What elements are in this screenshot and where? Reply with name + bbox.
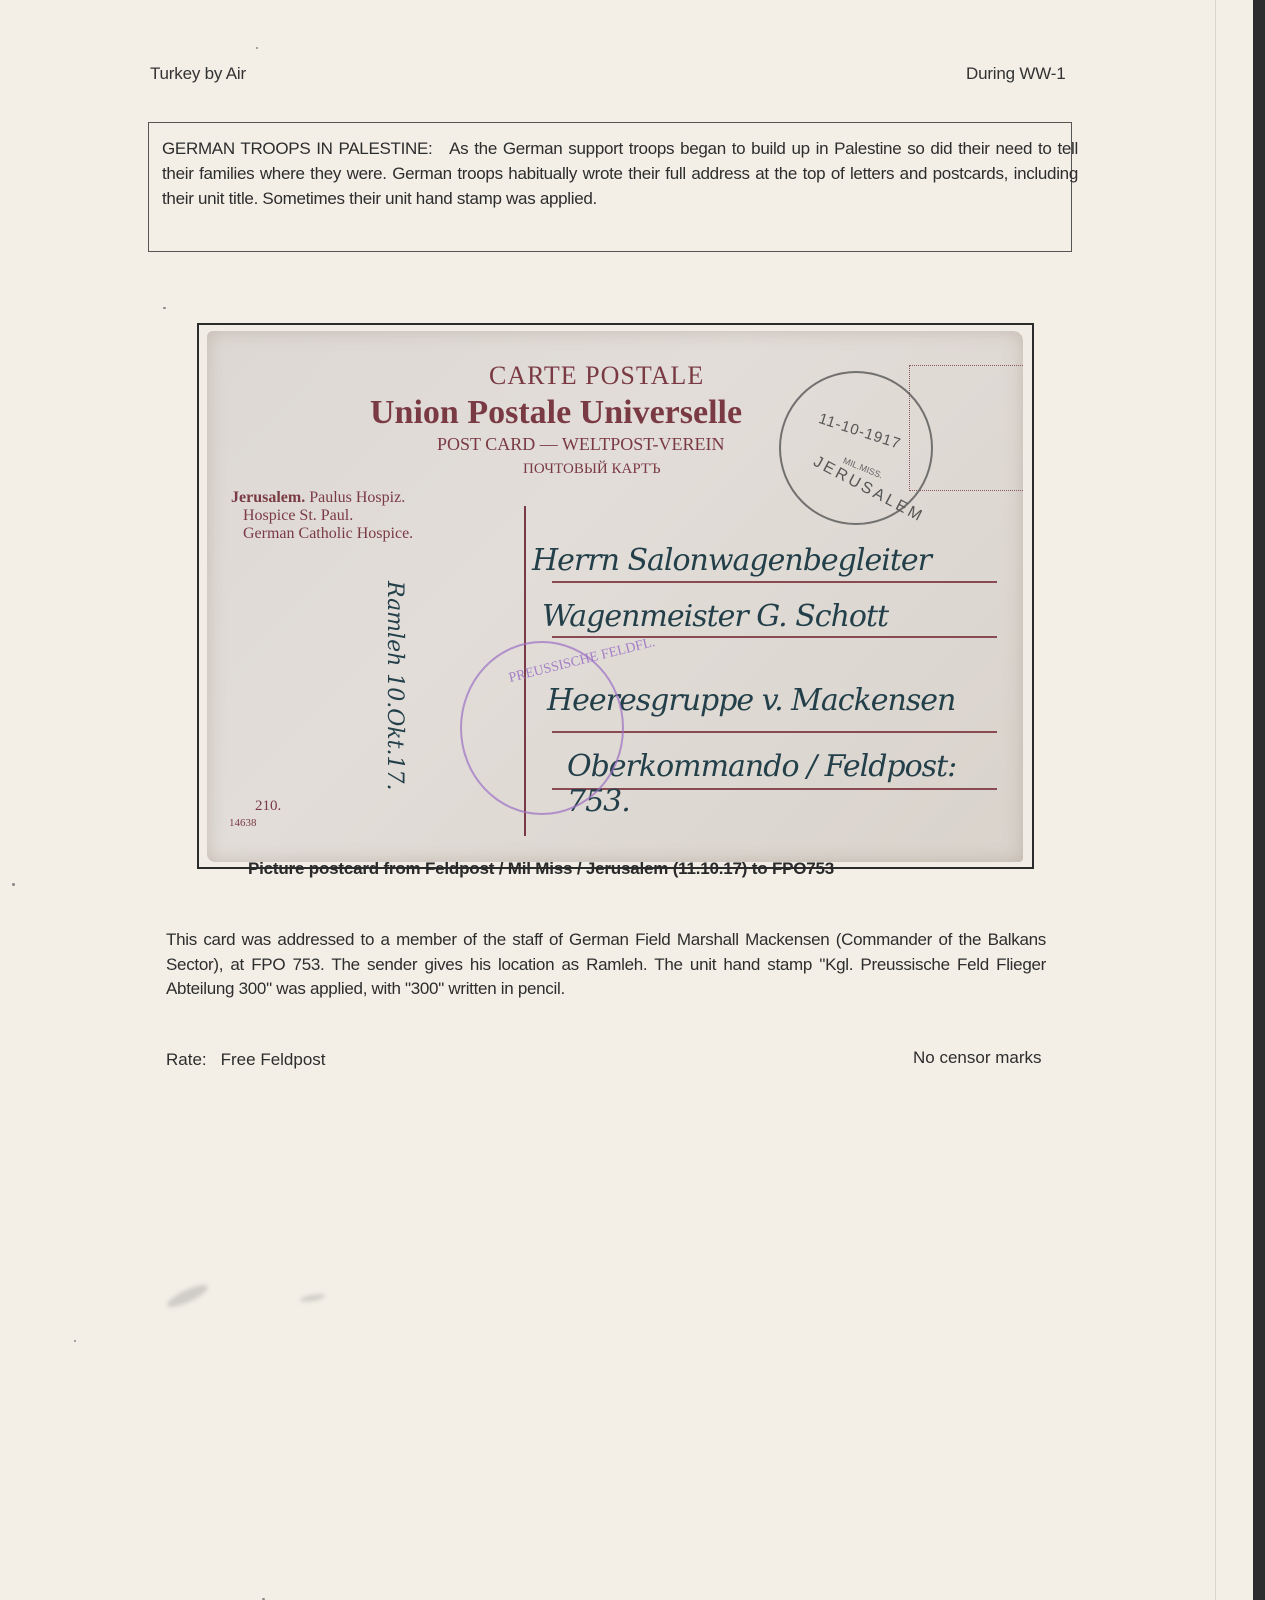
header-left: Turkey by Air bbox=[150, 64, 246, 84]
censor-note: No censor marks bbox=[913, 1048, 1041, 1068]
rate: Rate:Free Feldpost bbox=[166, 1050, 326, 1070]
postcard-caption: Picture postcard from Feldpost / Mil Mis… bbox=[248, 859, 834, 879]
intro-heading: GERMAN TROOPS IN PALESTINE: bbox=[162, 139, 432, 158]
header-right: During WW-1 bbox=[966, 64, 1066, 84]
page-fold-line bbox=[1215, 0, 1216, 1600]
paper-speck bbox=[12, 883, 15, 886]
paper-smudge bbox=[300, 1293, 326, 1303]
rate-label: Rate: bbox=[166, 1050, 207, 1069]
handwritten-message: Ramleh 10.Okt.17. bbox=[382, 581, 407, 790]
postcard-subtitle: POST CARD — WELTPOST-VEREIN bbox=[437, 434, 725, 455]
paper-smudge bbox=[165, 1281, 211, 1311]
intro-text: GERMAN TROOPS IN PALESTINE: As the Germa… bbox=[162, 136, 1078, 211]
paper-speck bbox=[74, 1340, 76, 1342]
address-rule bbox=[552, 636, 997, 638]
address-line: Oberkommando / Feldpost: 753. bbox=[567, 749, 1023, 819]
description: This card was addressed to a member of t… bbox=[166, 928, 1046, 1002]
paper-speck bbox=[163, 307, 166, 309]
scan-edge bbox=[1253, 0, 1265, 1600]
print-code: 14638 bbox=[229, 817, 257, 829]
postcard-image: CARTE POSTALE Union Postale Universelle … bbox=[207, 331, 1023, 862]
card-number: 210. bbox=[255, 798, 281, 815]
rate-value: Free Feldpost bbox=[221, 1050, 326, 1069]
address-line: Wagenmeister G. Schott bbox=[542, 599, 888, 634]
postcard-union: Union Postale Universelle bbox=[370, 394, 742, 432]
paper-speck bbox=[256, 47, 258, 49]
address-rule bbox=[552, 581, 997, 583]
address-line: Herrn Salonwagenbegleiter bbox=[532, 543, 931, 578]
postcard-russian: ПОЧТОВЫЙ КАРТЪ bbox=[523, 461, 661, 478]
hospice-text: Jerusalem. Paulus Hospiz. Hospice St. Pa… bbox=[231, 489, 413, 543]
postcard-title: CARTE POSTALE bbox=[489, 361, 704, 391]
